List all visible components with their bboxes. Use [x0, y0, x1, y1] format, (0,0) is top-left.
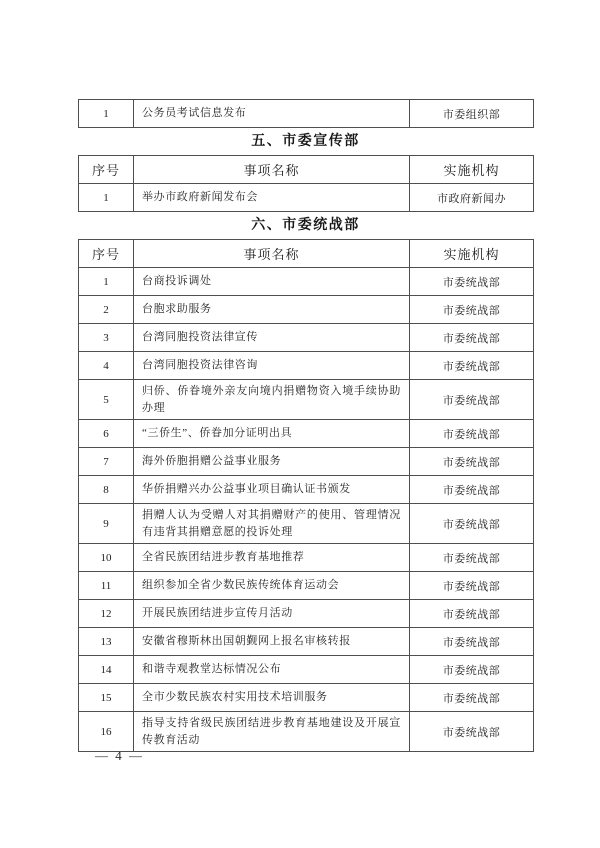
table-row: 7海外侨胞捐赠公益事业服务市委统战部 — [79, 448, 534, 476]
agency-cell: 市委统战部 — [410, 628, 534, 656]
agency-cell: 市委统战部 — [410, 380, 534, 420]
agency-cell: 市委统战部 — [410, 504, 534, 544]
section-heading: 五、市委宣传部 — [78, 128, 533, 155]
agency-cell: 市委统战部 — [410, 572, 534, 600]
row-number-cell: 1 — [79, 268, 134, 296]
item-name-cell: 台胞求助服务 — [134, 296, 410, 324]
item-name-cell: “三侨生”、侨眷加分证明出具 — [134, 420, 410, 448]
table-row: 1台商投诉调处市委统战部 — [79, 268, 534, 296]
table-row: 14和谐寺观教堂达标情况公布市委统战部 — [79, 656, 534, 684]
item-name-cell: 安徽省穆斯林出国朝觐网上报名审核转报 — [134, 628, 410, 656]
agency-cell: 市委统战部 — [410, 476, 534, 504]
table-row: 6“三侨生”、侨眷加分证明出具市委统战部 — [79, 420, 534, 448]
table-row: 3台湾同胞投资法律宣传市委统战部 — [79, 324, 534, 352]
agency-cell: 市政府新闻办 — [410, 184, 534, 212]
row-number-cell: 13 — [79, 628, 134, 656]
item-name-cell: 捐赠人认为受赠人对其捐赠财产的使用、管理情况有违背其捐赠意愿的投诉处理 — [134, 504, 410, 544]
row-number-cell: 7 — [79, 448, 134, 476]
row-number-cell: 6 — [79, 420, 134, 448]
item-name-cell: 华侨捐赠兴办公益事业项目确认证书颁发 — [134, 476, 410, 504]
agency-cell: 市委统战部 — [410, 600, 534, 628]
table-header-row: 序号事项名称实施机构 — [79, 156, 534, 184]
item-name-cell: 台湾同胞投资法律宣传 — [134, 324, 410, 352]
row-number-cell: 5 — [79, 380, 134, 420]
column-header: 事项名称 — [134, 240, 410, 268]
agency-cell: 市委统战部 — [410, 712, 534, 752]
row-number-cell: 9 — [79, 504, 134, 544]
table-row: 16指导支持省级民族团结进步教育基地建设及开展宣传教育活动市委统战部 — [79, 712, 534, 752]
item-name-cell: 和谐寺观教堂达标情况公布 — [134, 656, 410, 684]
items-table: 1公务员考试信息发布市委组织部 — [78, 99, 534, 128]
column-header: 实施机构 — [410, 156, 534, 184]
document-page: 1公务员考试信息发布市委组织部五、市委宣传部序号事项名称实施机构1举办市政府新闻… — [0, 0, 600, 848]
agency-cell: 市委统战部 — [410, 296, 534, 324]
row-number-cell: 1 — [79, 184, 134, 212]
table-row: 4台湾同胞投资法律咨询市委统战部 — [79, 352, 534, 380]
agency-cell: 市委组织部 — [410, 100, 534, 128]
table-row: 1举办市政府新闻发布会市政府新闻办 — [79, 184, 534, 212]
table-row: 13安徽省穆斯林出国朝觐网上报名审核转报市委统战部 — [79, 628, 534, 656]
items-table: 序号事项名称实施机构1台商投诉调处市委统战部2台胞求助服务市委统战部3台湾同胞投… — [78, 239, 534, 752]
agency-cell: 市委统战部 — [410, 544, 534, 572]
agency-cell: 市委统战部 — [410, 448, 534, 476]
item-name-cell: 举办市政府新闻发布会 — [134, 184, 410, 212]
agency-cell: 市委统战部 — [410, 352, 534, 380]
row-number-cell: 8 — [79, 476, 134, 504]
column-header: 实施机构 — [410, 240, 534, 268]
row-number-cell: 4 — [79, 352, 134, 380]
item-name-cell: 组织参加全省少数民族传统体育运动会 — [134, 572, 410, 600]
table-row: 9捐赠人认为受赠人对其捐赠财产的使用、管理情况有违背其捐赠意愿的投诉处理市委统战… — [79, 504, 534, 544]
item-name-cell: 台商投诉调处 — [134, 268, 410, 296]
column-header: 事项名称 — [134, 156, 410, 184]
column-header: 序号 — [79, 156, 134, 184]
table-row: 2台胞求助服务市委统战部 — [79, 296, 534, 324]
table-row: 15全市少数民族农村实用技术培训服务市委统战部 — [79, 684, 534, 712]
table-row: 8华侨捐赠兴办公益事业项目确认证书颁发市委统战部 — [79, 476, 534, 504]
item-name-cell: 开展民族团结进步宣传月活动 — [134, 600, 410, 628]
column-header: 序号 — [79, 240, 134, 268]
table-header-row: 序号事项名称实施机构 — [79, 240, 534, 268]
table-row: 12开展民族团结进步宣传月活动市委统战部 — [79, 600, 534, 628]
agency-cell: 市委统战部 — [410, 656, 534, 684]
row-number-cell: 3 — [79, 324, 134, 352]
table-row: 5归侨、侨眷境外亲友向境内捐赠物资入境手续协助办理市委统战部 — [79, 380, 534, 420]
row-number-cell: 11 — [79, 572, 134, 600]
agency-cell: 市委统战部 — [410, 420, 534, 448]
table-row: 11组织参加全省少数民族传统体育运动会市委统战部 — [79, 572, 534, 600]
row-number-cell: 15 — [79, 684, 134, 712]
section-heading: 六、市委统战部 — [78, 212, 533, 239]
service-items-table-area: 1公务员考试信息发布市委组织部五、市委宣传部序号事项名称实施机构1举办市政府新闻… — [78, 99, 533, 752]
item-name-cell: 全市少数民族农村实用技术培训服务 — [134, 684, 410, 712]
item-name-cell: 全省民族团结进步教育基地推荐 — [134, 544, 410, 572]
row-number-cell: 2 — [79, 296, 134, 324]
agency-cell: 市委统战部 — [410, 684, 534, 712]
agency-cell: 市委统战部 — [410, 268, 534, 296]
page-number: — 4 — — [95, 748, 144, 764]
row-number-cell: 12 — [79, 600, 134, 628]
row-number-cell: 14 — [79, 656, 134, 684]
table-row: 10全省民族团结进步教育基地推荐市委统战部 — [79, 544, 534, 572]
items-table: 序号事项名称实施机构1举办市政府新闻发布会市政府新闻办 — [78, 155, 534, 212]
item-name-cell: 指导支持省级民族团结进步教育基地建设及开展宣传教育活动 — [134, 712, 410, 752]
row-number-cell: 1 — [79, 100, 134, 128]
row-number-cell: 16 — [79, 712, 134, 752]
item-name-cell: 归侨、侨眷境外亲友向境内捐赠物资入境手续协助办理 — [134, 380, 410, 420]
item-name-cell: 海外侨胞捐赠公益事业服务 — [134, 448, 410, 476]
item-name-cell: 公务员考试信息发布 — [134, 100, 410, 128]
row-number-cell: 10 — [79, 544, 134, 572]
table-row: 1公务员考试信息发布市委组织部 — [79, 100, 534, 128]
item-name-cell: 台湾同胞投资法律咨询 — [134, 352, 410, 380]
agency-cell: 市委统战部 — [410, 324, 534, 352]
